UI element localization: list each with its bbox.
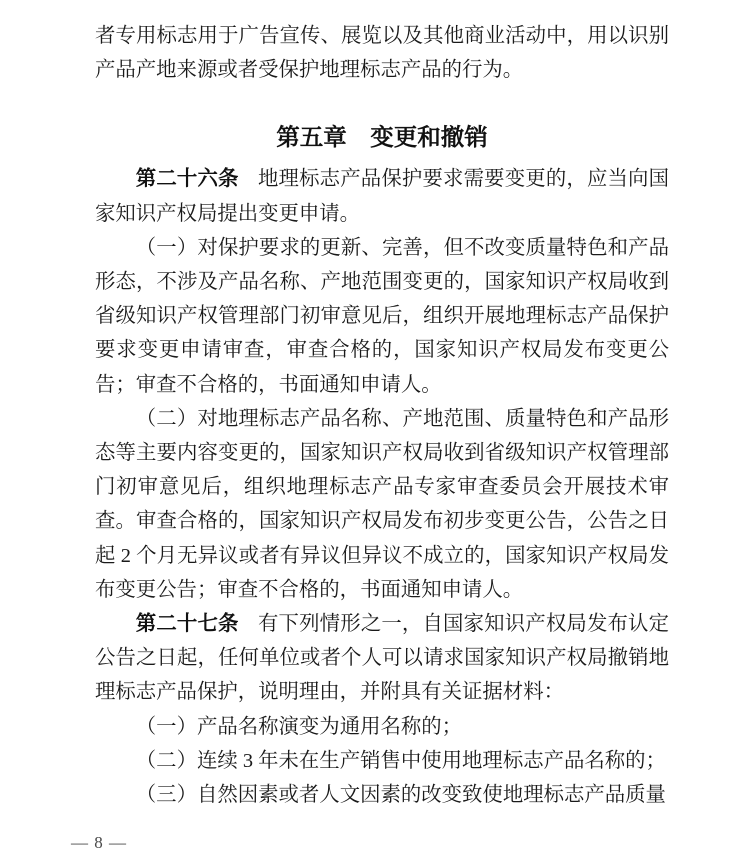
continuation-paragraph: 者专用标志用于广告宣传、展览以及其他商业活动中，用以识别产品产地来源或者受保护地… [95, 19, 669, 87]
article-paragraph: （一）产品名称演变为通用名称的； [95, 710, 669, 744]
article-paragraph: （一）对保护要求的更新、完善，但不改变质量特色和产品形态，不涉及产品名称、产地范… [95, 231, 669, 402]
chapter-heading: 第五章 变更和撤销 [95, 120, 669, 154]
article-paragraph: （二）连续 3 年未在生产销售中使用地理标志产品名称的； [95, 744, 669, 778]
paragraph-text: （三）自然因素或者人文因素的改变致使地理标志产品质量 [136, 784, 666, 806]
article-paragraph: 第二十六条地理标志产品保护要求需要变更的，应当向国家知识产权局提出变更申请。 [95, 162, 669, 230]
paragraph-text: （一）产品名称演变为通用名称的； [136, 716, 462, 738]
article-number-lead: 第二十七条 [136, 613, 239, 635]
page: 者专用标志用于广告宣传、展览以及其他商业活动中，用以识别产品产地来源或者受保护地… [0, 0, 750, 864]
paragraph-text: （二）对地理标志产品名称、产地范围、质量特色和产品形态等主要内容变更的，国家知识… [95, 408, 669, 601]
paragraph-text: （一）对保护要求的更新、完善，但不改变质量特色和产品形态，不涉及产品名称、产地范… [95, 237, 669, 396]
article-number-lead: 第二十六条 [136, 168, 239, 190]
article-paragraph: （三）自然因素或者人文因素的改变致使地理标志产品质量 [95, 778, 669, 812]
paragraph-text: 者专用标志用于广告宣传、展览以及其他商业活动中，用以识别产品产地来源或者受保护地… [95, 25, 669, 81]
paragraph-text: （二）连续 3 年未在生产销售中使用地理标志产品名称的； [136, 750, 666, 772]
document-body: 者专用标志用于广告宣传、展览以及其他商业活动中，用以识别产品产地来源或者受保护地… [0, 0, 750, 812]
article-paragraph: （二）对地理标志产品名称、产地范围、质量特色和产品形态等主要内容变更的，国家知识… [95, 402, 669, 607]
article-paragraph: 第二十七条有下列情形之一，自国家知识产权局发布认定公告之日起，任何单位或者个人可… [95, 607, 669, 710]
page-number: — 8 — [71, 833, 127, 853]
